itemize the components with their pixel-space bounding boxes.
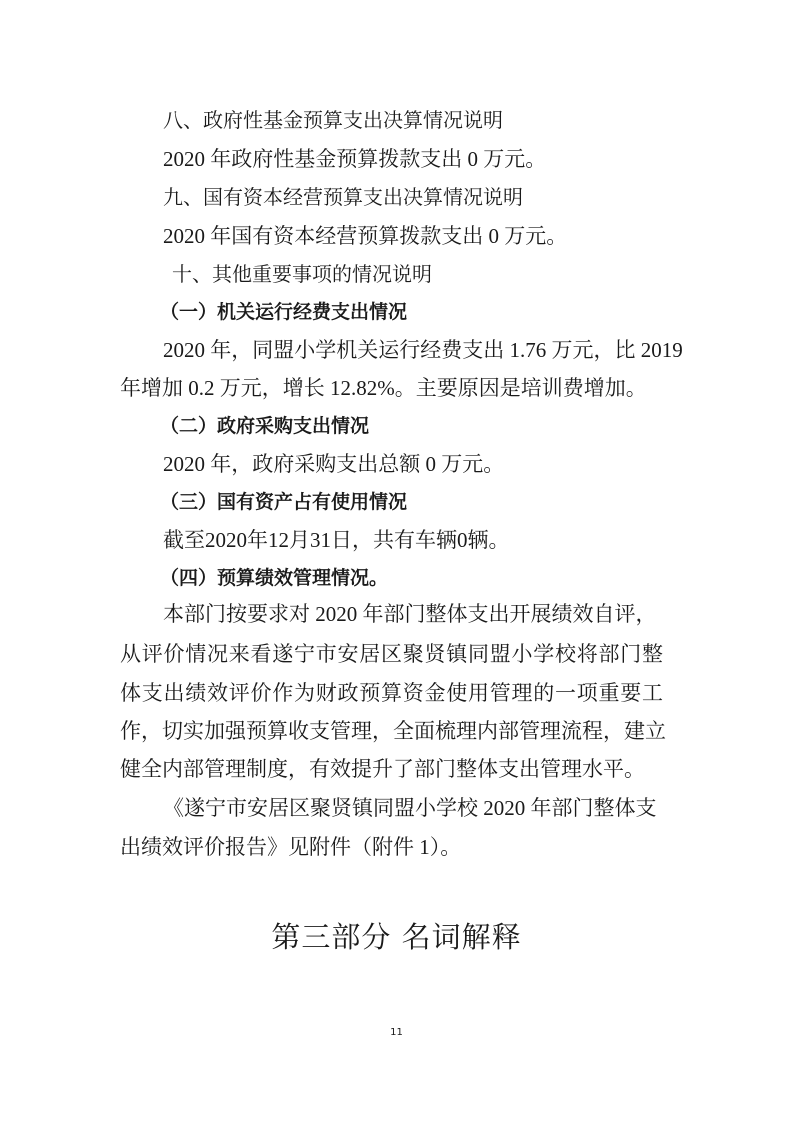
subsection-4-para-2-line-1: 《遂宁市安居区聚贤镇同盟小学校 2020 年部门整体支 [163,796,657,820]
section-8-heading: 八、政府性基金预算支出决算情况说明 [163,108,503,132]
subsection-4-para-1-line-5: 健全内部管理制度，有效提升了部门整体支出管理水平。 [120,757,645,781]
subsection-4-para-1-line-1: 本部门按要求对 2020 年部门整体支出开展绩效自评， [163,602,657,626]
subsection-3-body: 截至2020年12月31日，共有车辆0辆。 [163,528,510,552]
section-9-body: 2020 年国有资本经营预算拨款支出 0 万元。 [163,224,567,248]
subsection-1-body-line-2: 年增加 0.2 万元，增长 12.82%。主要原因是培训费增加。 [120,376,647,400]
subsection-4-para-2-line-2: 出绩效评价报告》见附件（附件 1）。 [120,835,461,859]
subsection-3-heading: （三）国有资产占有使用情况 [160,490,407,514]
subsection-1-body-line-1: 2020 年，同盟小学机关运行经费支出 1.76 万元，比 2019 [163,338,683,362]
page-number: 11 [0,1027,793,1039]
subsection-1-heading: （一）机关运行经费支出情况 [160,300,407,324]
document-page: 八、政府性基金预算支出决算情况说明 2020 年政府性基金预算拨款支出 0 万元… [0,0,793,1122]
subsection-4-para-1-line-3: 体支出绩效评价作为财政预算资金使用管理的一项重要工 [120,681,663,705]
subsection-2-heading: （二）政府采购支出情况 [160,414,369,438]
part-title: 第三部分 名词解释 [0,920,793,954]
section-8-body: 2020 年政府性基金预算拨款支出 0 万元。 [163,147,546,171]
subsection-4-para-1-line-4: 作，切实加强预算收支管理，全面梳理内部管理流程，建立 [120,719,663,743]
subsection-4-para-1-line-2: 从评价情况来看遂宁市安居区聚贤镇同盟小学校将部门整 [120,642,663,666]
subsection-4-heading: （四）预算绩效管理情况。 [160,566,388,590]
section-10-heading: 十、其他重要事项的情况说明 [172,262,432,286]
subsection-2-body: 2020 年，政府采购支出总额 0 万元。 [163,452,504,476]
section-9-heading: 九、国有资本经营预算支出决算情况说明 [163,185,523,209]
